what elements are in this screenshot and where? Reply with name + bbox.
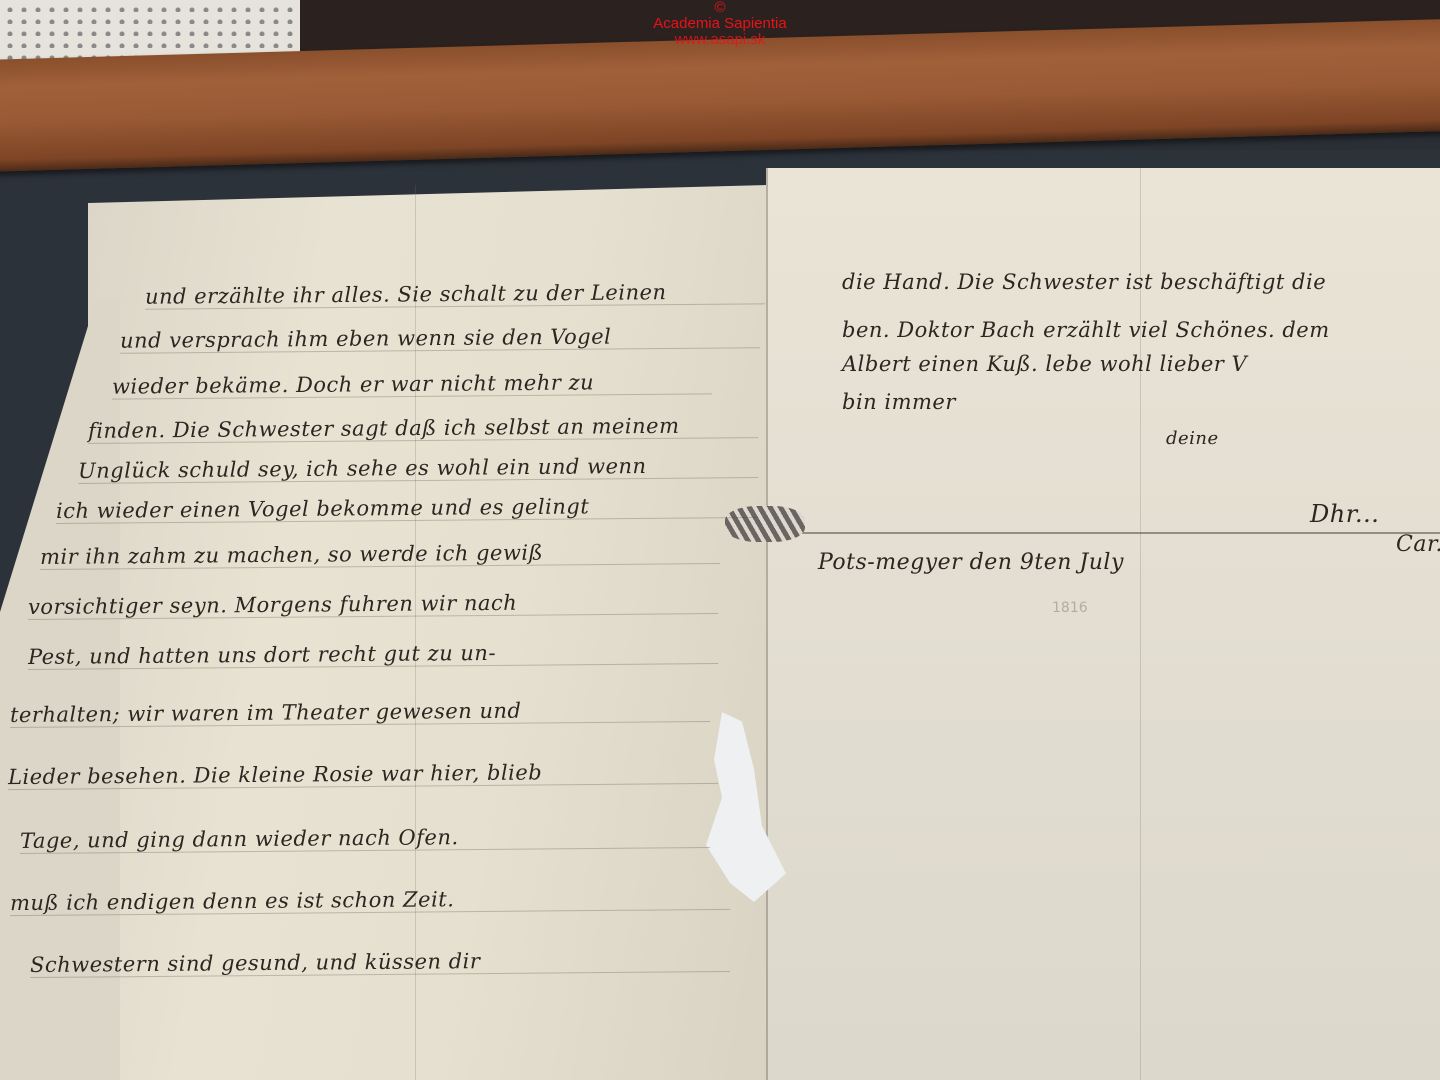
letter-right-page	[766, 168, 1440, 1080]
horizontal-fold	[766, 532, 1440, 534]
left-line-3: wieder bekäme. Doch er war nicht mehr zu	[112, 369, 712, 399]
left-fold	[415, 185, 416, 1080]
letter-left-page	[88, 185, 766, 1080]
right-line-3: Albert einen Kuß. lebe wohl lieber V	[842, 352, 1247, 376]
center-fold	[766, 168, 768, 1080]
date-line: Pots-megyer den 9ten July	[818, 550, 1124, 575]
watermark: © Academia Sapientia www.asapi.sk	[0, 0, 1440, 48]
right-line-1: die Hand. Die Schwester ist beschäftigt …	[842, 270, 1326, 294]
watermark-url: www.asapi.sk	[0, 32, 1440, 48]
right-fold	[1140, 168, 1141, 1080]
pencil-note: 1816	[1052, 600, 1088, 616]
signature-line-1: Dhr...	[1310, 500, 1379, 528]
signature-line-2: Car...	[1396, 532, 1440, 557]
copyright-symbol: ©	[0, 0, 1440, 16]
closing-word: deine	[1166, 428, 1219, 449]
watermark-org: Academia Sapientia	[0, 16, 1440, 32]
right-line-2: ben. Doktor Bach erzählt viel Schönes. d…	[842, 318, 1330, 342]
right-line-4: bin immer	[842, 390, 956, 414]
